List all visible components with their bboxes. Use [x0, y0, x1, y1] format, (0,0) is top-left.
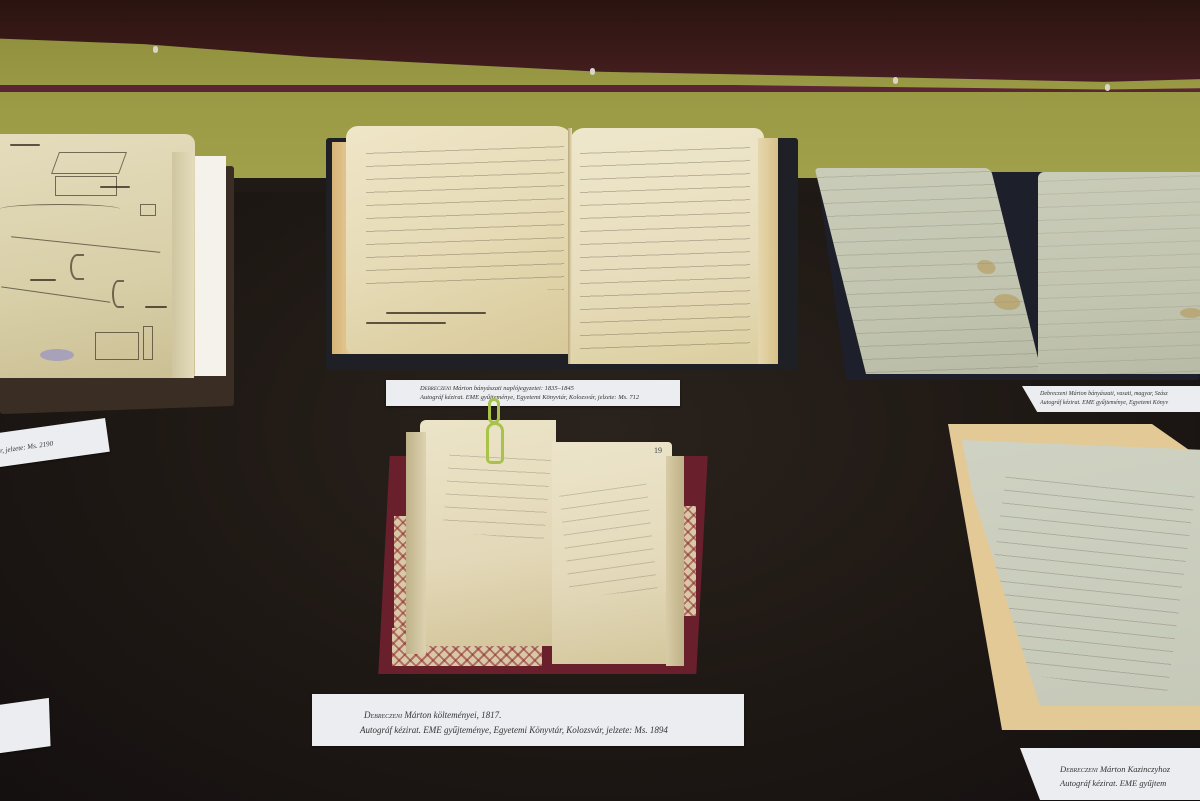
label-title: Debreczeni Márton bányászati, vasati, ma…: [1040, 390, 1200, 399]
label-right-top: Debreczeni Márton bányászati, vasati, ma…: [1022, 386, 1200, 412]
handwriting: [10, 144, 40, 146]
handwriting-block: [580, 144, 750, 352]
drawing: [143, 326, 153, 360]
library-stamp: [40, 349, 74, 361]
ledger-right-right-page: [1038, 172, 1200, 374]
drawing: [0, 286, 110, 313]
drawing: [70, 254, 84, 280]
drawing: [140, 204, 156, 216]
drawing: [0, 204, 120, 214]
paper-clip-loop: [488, 398, 500, 424]
drawing: [10, 236, 161, 266]
ledger-center-left-page: [346, 126, 574, 354]
ledger-center: [322, 120, 802, 370]
poetry-notebook: 19: [380, 396, 710, 676]
paper-clip: [486, 422, 504, 464]
label-title: Debreczeni Márton bányászati naplójegyze…: [420, 384, 680, 393]
sketchbook-page: [0, 134, 195, 378]
notebook-right-page-edges: [666, 456, 684, 666]
handwriting-block: [1038, 172, 1200, 374]
label-title: Debreczeni Márton Kazinczyhoz: [1060, 762, 1200, 776]
curtain-pin: [1105, 84, 1110, 91]
display-case-scene: ár, jelzete: Ms. 2190 Debreczeni Márton …: [0, 0, 1200, 801]
handwriting-block: [558, 478, 657, 599]
label-title-rest: Márton bányászati naplójegyzetei: 1835–1…: [451, 385, 574, 392]
handwriting-block: [366, 144, 564, 290]
ledger-center-page-edges: [758, 138, 778, 364]
drawing: [95, 332, 139, 360]
ledger-center-right-page: [570, 128, 764, 364]
ledger-center-gutter: [568, 128, 572, 364]
curtain-pin: [893, 77, 898, 84]
label-title: Debreczeni Márton költeményei, 1817.: [364, 708, 744, 723]
label-author: Debreczeni: [420, 385, 451, 392]
label-provenance: Autográf kézirat. EME gyűjteménye, Egyet…: [360, 723, 744, 738]
handwriting: [100, 186, 130, 188]
label-author: Debreczeni: [1060, 764, 1098, 774]
label-left-bottom: [0, 698, 51, 754]
notebook-right-page: 19: [552, 442, 672, 664]
curtain-pin: [590, 68, 595, 75]
stain: [1180, 308, 1200, 318]
label-text: ár, jelzete: Ms. 2190: [0, 433, 102, 456]
sketchbook-page-edges: [172, 152, 194, 378]
label-title-rest: Márton költeményei, 1817.: [402, 710, 501, 720]
label-right-bottom: Debreczeni Márton Kazinczyhoz Autográf k…: [1020, 748, 1200, 800]
handwriting: [386, 312, 486, 314]
curtain-pin: [153, 46, 158, 53]
sketchbook: [0, 130, 240, 410]
page-number: 19: [654, 446, 662, 455]
label-center-bottom: Debreczeni Márton költeményei, 1817. Aut…: [312, 694, 744, 746]
drawing: [112, 280, 124, 308]
label-provenance: Autográf kézirat. EME gyűjteménye, Egyet…: [1040, 399, 1200, 408]
handwriting: [366, 322, 446, 324]
label-title-rest: Márton Kazinczyhoz: [1098, 764, 1170, 774]
notebook-left-page-edges: [406, 432, 426, 654]
handwriting: [30, 279, 56, 281]
ledger-right: [846, 164, 1200, 380]
drawing: [51, 152, 127, 174]
handwriting: [145, 306, 167, 308]
label-author: Debreczeni: [364, 710, 402, 720]
label-provenance: Autográf kézirat. EME gyűjtem: [1060, 776, 1200, 790]
